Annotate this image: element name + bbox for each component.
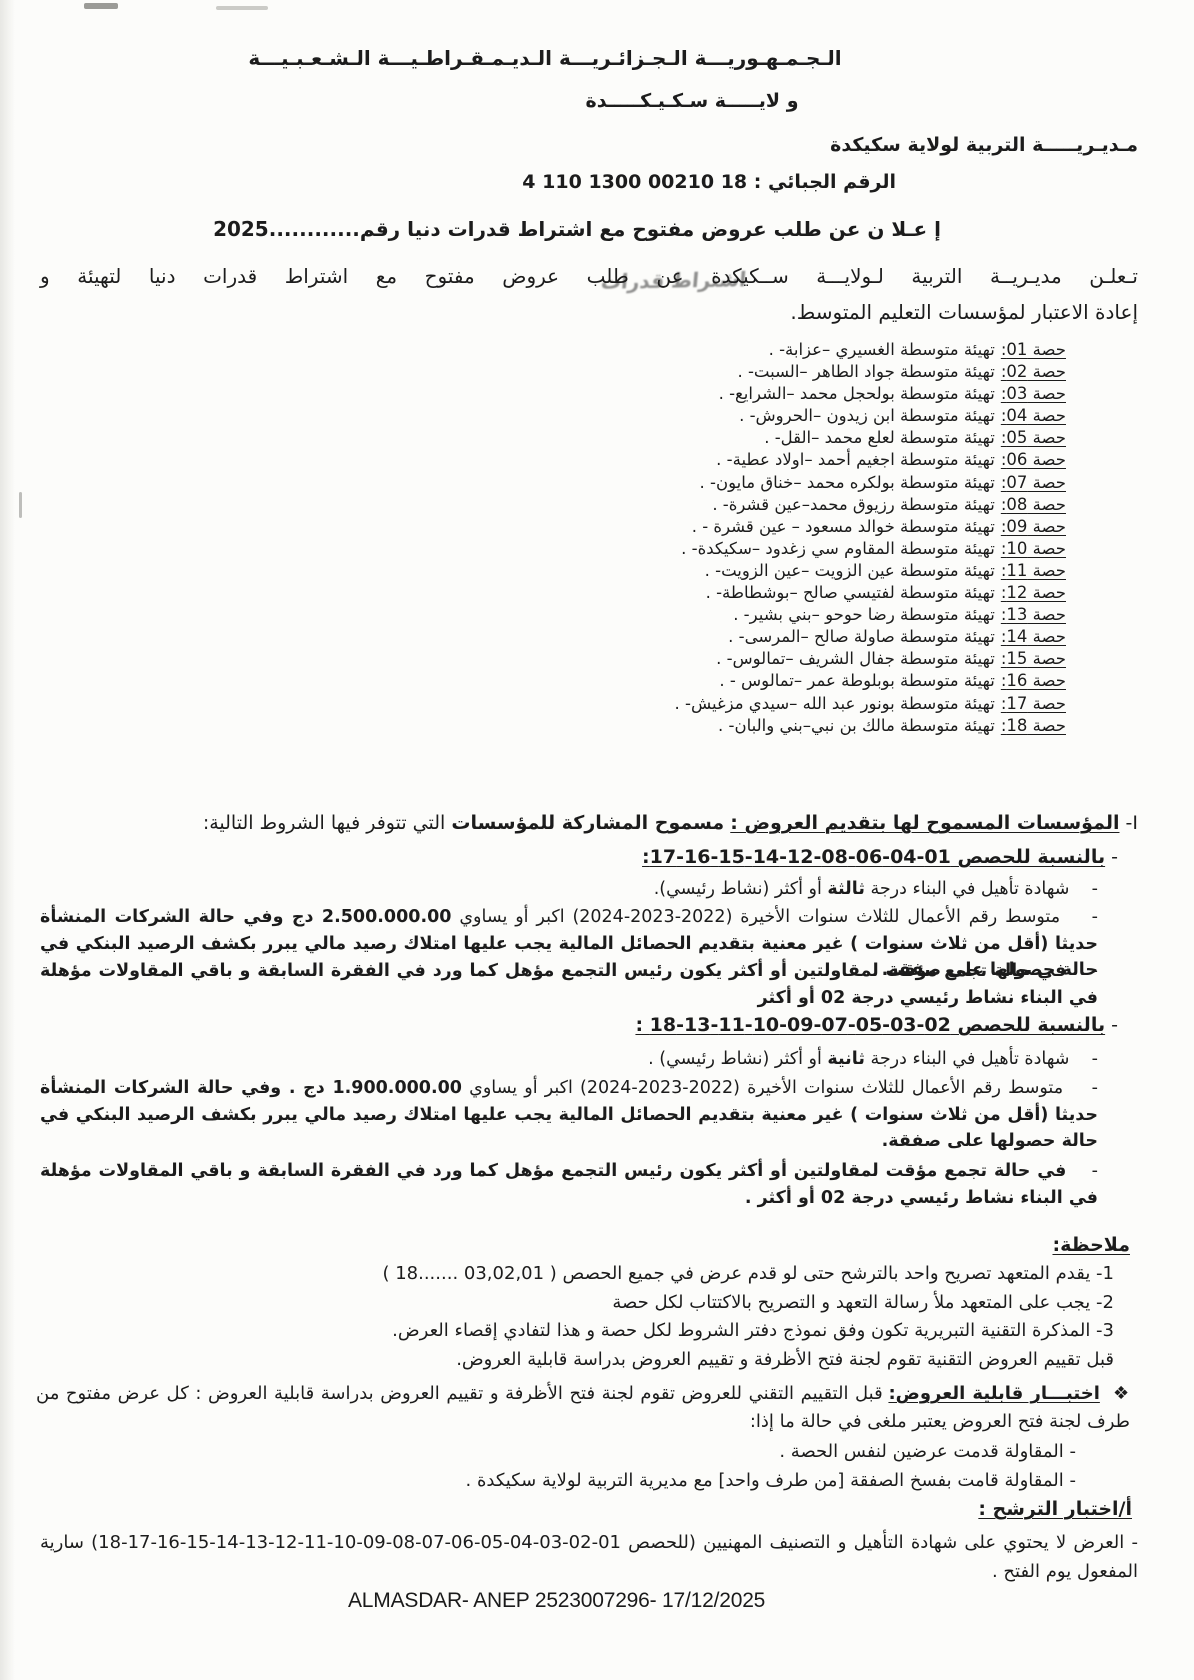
- scan-speck: [19, 492, 22, 518]
- viability-case-item: - المقاولة قامت بفسخ الصفقة [من طرف واحد…: [40, 1467, 1076, 1496]
- lot-description: تهيئة متوسطة رزيوق محمد–عين قشرة- .: [712, 495, 995, 514]
- group-a-qualification-requirement: - شهادة تأهيل في البناء درجة ثالثة أو أك…: [40, 876, 1098, 903]
- text-segment: دج: [283, 907, 321, 927]
- wilaya-header-line: و لايـــــة سـكـيـكـــــدة: [0, 90, 1194, 112]
- text-segment: 2.500.000.00: [322, 907, 452, 927]
- lot-label: حصة 07:: [1001, 473, 1066, 492]
- lot-label: حصة 17:: [1001, 694, 1066, 713]
- lot-label: حصة 13:: [1001, 605, 1066, 624]
- text-segment: دج .: [289, 1078, 333, 1098]
- lot-description: تهيئة متوسطة جواد الطاهر –السبت- .: [737, 362, 994, 381]
- group-a-grouping-requirement: - في حالة تجمع مؤقت لمقاولتين أو أكثر يك…: [40, 958, 1098, 1011]
- lot-label: حصة 08:: [1001, 495, 1066, 514]
- text-segment: في حالة تجمع مؤقت لمقاولتين أو أكثر يكون…: [40, 961, 1098, 1008]
- note-item: 2- يجب على المتعهد ملأ رسالة التعهد و ال…: [40, 1289, 1114, 1318]
- lot-line: حصة 17:تهيئة متوسطة بونور عبد الله –سيدي…: [675, 694, 1066, 716]
- viability-case-item: - المقاولة قدمت عرضين لنفس الحصة .: [40, 1438, 1076, 1467]
- lot-description: تهيئة متوسطة لعلع محمد –القل- .: [764, 428, 995, 447]
- text-segment: -: [1105, 846, 1118, 868]
- text-segment: -: [1066, 1161, 1098, 1181]
- lot-line: حصة 10:تهيئة متوسطة المقاوم سي زغدود –سك…: [675, 539, 1066, 561]
- lot-label: حصة 10:: [1001, 539, 1066, 558]
- tax-number-value: 18 00210 1300 110 4: [522, 171, 747, 193]
- lot-label: حصة 03:: [1001, 384, 1066, 403]
- note-item-text: 2- يجب على المتعهد ملأ رسالة التعهد و ال…: [612, 1292, 1114, 1313]
- lot-label: حصة 18:: [1001, 716, 1066, 735]
- lot-label: حصة 06:: [1001, 450, 1066, 469]
- lot-line: حصة 08:تهيئة متوسطة رزيوق محمد–عين قشرة-…: [675, 495, 1066, 517]
- intro-paragraph-line-2: إعادة الاعتبار لمؤسسات التعليم المتوسط.: [790, 300, 1138, 324]
- offers-viability-paragraph: ❖ اختبـــار قابلية العروض: قبل التقييم ا…: [36, 1380, 1130, 1436]
- text-segment: متوسط رقم الأعمال للثلاث سنوات الأخيرة (…: [451, 907, 1060, 927]
- lot-line: حصة 04:تهيئة متوسطة ابن زيدون –الحروش- .: [675, 406, 1066, 428]
- text-segment: شهادة تأهيل في البناء درجة: [865, 1049, 1070, 1069]
- note-item: 1- يقدم المتعهد تصريح واحد بالترشح حتى ل…: [40, 1260, 1114, 1289]
- text-segment: - العرض لا يحتوي على شهادة التأهيل و الت…: [40, 1532, 1138, 1582]
- candidacy-test-heading: أ/اختبار الترشح :: [978, 1498, 1132, 1520]
- lot-label: حصة 15:: [1001, 649, 1066, 668]
- lot-label: حصة 11:: [1001, 561, 1066, 580]
- note-item: قبل تقييم العروض التقنية تقوم لجنة فتح ا…: [40, 1346, 1114, 1375]
- lot-label: حصة 01:: [1001, 340, 1066, 359]
- lot-line: حصة 07:تهيئة متوسطة بولكره محمد –خناق ما…: [675, 473, 1066, 495]
- text-segment: ثانية: [827, 1049, 864, 1069]
- lot-line: حصة 13:تهيئة متوسطة رضا حوحو –بني بشير- …: [675, 605, 1066, 627]
- candidacy-test-paragraph: - العرض لا يحتوي على شهادة التأهيل و الت…: [40, 1528, 1138, 1586]
- lot-line: حصة 03:تهيئة متوسطة بولحجل محمد –الشرايع…: [675, 384, 1066, 406]
- text-segment: أو أكثر (نشاط رئيسي) .: [648, 1049, 827, 1069]
- text-segment: ❖: [1100, 1383, 1130, 1404]
- lot-description: تهيئة متوسطة بوبلوطة عمر –تمالوس - .: [719, 671, 994, 690]
- lot-line: حصة 05:تهيئة متوسطة لعلع محمد –القل- .: [675, 428, 1066, 450]
- note-item-text: 3- المذكرة التقنية التبريرية تكون وفق نم…: [392, 1320, 1114, 1341]
- text-segment: في حالة تجمع مؤقت لمقاولتين أو أكثر يكون…: [40, 1161, 1098, 1208]
- note-item-text: 1- يقدم المتعهد تصريح واحد بالترشح حتى ل…: [382, 1263, 1114, 1284]
- text-segment: اختبـــار قابلية العروض:: [888, 1383, 1099, 1404]
- lot-line: حصة 02:تهيئة متوسطة جواد الطاهر –السبت- …: [675, 362, 1066, 384]
- scan-speck: [84, 3, 118, 9]
- text-segment: التي تتوفر فيها الشروط التالية:: [203, 812, 452, 834]
- group-b-turnover-requirement: - متوسط رقم الأعمال للثلاث سنوات الأخيرة…: [40, 1075, 1098, 1155]
- lot-line: حصة 11:تهيئة متوسطة عين الزويت –عين الزو…: [675, 561, 1066, 583]
- text-segment: -: [1105, 1014, 1118, 1036]
- group-b-lots-heading: - بالنسبة للحصص 02‏-03‏-05‏-07‏-09‏-10‏-…: [635, 1014, 1118, 1036]
- viability-case-text: - المقاولة قامت بفسخ الصفقة [من طرف واحد…: [466, 1470, 1076, 1491]
- text-segment: 1.900.000.00: [332, 1078, 462, 1098]
- note-heading: ملاحظة:: [1052, 1234, 1130, 1256]
- scanned-document-page: الـجـمـهـوريـــة الـجـزائـريـــة الـديـم…: [0, 0, 1194, 1680]
- text-segment: -: [1069, 879, 1098, 899]
- text-segment: -: [1066, 961, 1098, 981]
- tax-number-label: الرقم الجبائي :: [754, 171, 896, 193]
- lot-description: تهيئة متوسطة جفال الشريف –تمالوس- .: [716, 649, 995, 668]
- lot-description: تهيئة متوسطة رضا حوحو –بني بشير- .: [733, 605, 995, 624]
- viability-cases-list: - المقاولة قدمت عرضين لنفس الحصة . - الم…: [40, 1438, 1076, 1495]
- text-segment: متوسط رقم الأعمال للثلاث سنوات الأخيرة (…: [462, 1078, 1063, 1098]
- lot-label: حصة 16:: [1001, 671, 1066, 690]
- lot-label: حصة 12:: [1001, 583, 1066, 602]
- text-segment: أو أكثر (نشاط رئيسي).: [654, 879, 828, 899]
- lots-list: حصة 01:تهيئة متوسطة الغسيري –عزابة- . حص…: [675, 340, 1066, 738]
- lot-description: تهيئة متوسطة لفتيسي صالح –بوشطاطة- .: [706, 583, 995, 602]
- text-segment: -: [1069, 1049, 1098, 1069]
- note-item-text: قبل تقييم العروض التقنية تقوم لجنة فتح ا…: [456, 1349, 1114, 1370]
- lot-description: تهيئة متوسطة خوالد مسعود – عين قشرة - .: [692, 517, 995, 536]
- scan-speck: [216, 6, 268, 10]
- group-a-lots-heading: - بالنسبة للحصص 01‏-04‏-06‏-08‏-12‏-14‏-…: [642, 846, 1118, 868]
- text-segment: بالنسبة للحصص: [951, 846, 1105, 868]
- lot-description: تهيئة متوسطة بولكره محمد –خناق مايون- .: [700, 473, 995, 492]
- scan-edge-shadow: [0, 0, 15, 1680]
- lot-label: حصة 04:: [1001, 406, 1066, 425]
- group-b-grouping-requirement: - في حالة تجمع مؤقت لمقاولتين أو أكثر يك…: [40, 1158, 1098, 1211]
- section-allowed-bidders-heading: I- المؤسسات المسموح لها بتقديم العروض : …: [40, 812, 1138, 834]
- lot-line: حصة 14:تهيئة متوسطة صاولة صالح –المرسى- …: [675, 627, 1066, 649]
- lot-description: تهيئة متوسطة الغسيري –عزابة- .: [769, 340, 995, 359]
- viability-case-text: - المقاولة قدمت عرضين لنفس الحصة .: [779, 1441, 1076, 1462]
- lot-line: حصة 12:تهيئة متوسطة لفتيسي صالح –بوشطاطة…: [675, 583, 1066, 605]
- lot-line: حصة 16:تهيئة متوسطة بوبلوطة عمر –تمالوس …: [675, 671, 1066, 693]
- note-items-list: 1- يقدم المتعهد تصريح واحد بالترشح حتى ل…: [40, 1260, 1114, 1374]
- lot-label: حصة 14:: [1001, 627, 1066, 646]
- republic-header-line: الـجـمـهـوريـــة الـجـزائـريـــة الـديـم…: [0, 46, 1194, 70]
- text-segment: -: [1060, 907, 1098, 927]
- text-segment: شهادة تأهيل في البناء درجة: [865, 879, 1070, 899]
- lot-description: تهيئة متوسطة بونور عبد الله –سيدي مزغيش-…: [675, 694, 995, 713]
- directorate-header-line: مـديـريـــــة التربية لولاية سكيكدة: [830, 134, 1138, 156]
- text-segment: I-: [1119, 812, 1138, 834]
- text-segment: ثالثة: [827, 879, 864, 899]
- text-segment: بالنسبة للحصص: [951, 1014, 1105, 1036]
- announcement-title: إ عـلا ن عن طلب عروض مفتوح مع اشتراط قدر…: [0, 217, 1194, 241]
- lot-description: تهيئة متوسطة اجغيم أحمد –اولاد عطية- .: [716, 450, 995, 469]
- text-segment: -: [1063, 1078, 1098, 1098]
- text-segment: مسموح المشاركة للمؤسسات: [451, 812, 724, 834]
- lot-description: تهيئة متوسطة بولحجل محمد –الشرايع- .: [719, 384, 995, 403]
- lot-description: تهيئة متوسطة صاولة صالح –المرسى- .: [728, 627, 995, 646]
- lot-label: حصة 09:: [1001, 517, 1066, 536]
- lot-line: حصة 15:تهيئة متوسطة جفال الشريف –تمالوس-…: [675, 649, 1066, 671]
- lot-line: حصة 06:تهيئة متوسطة اجغيم أحمد –اولاد عط…: [675, 450, 1066, 472]
- anep-imprint-footer: ALMASDAR- ANEP 2523007296- 17/12/2025: [348, 1589, 765, 1613]
- lot-line: حصة 09:تهيئة متوسطة خوالد مسعود – عين قش…: [675, 517, 1066, 539]
- lot-line: حصة 18:تهيئة متوسطة مالك بن نبي–بني والب…: [675, 716, 1066, 738]
- lot-label: حصة 02:: [1001, 362, 1066, 381]
- note-item: 3- المذكرة التقنية التبريرية تكون وفق نم…: [40, 1317, 1114, 1346]
- lot-description: تهيئة متوسطة المقاوم سي زغدود –سكيكدة- .: [681, 539, 995, 558]
- intro-paragraph-line-1: تـعلـن مديـريــة التربية لـولايـــة ســك…: [40, 264, 1138, 288]
- text-segment: 02‏-03‏-05‏-07‏-09‏-10‏-11‏-13‏-18‏ :: [635, 1014, 950, 1036]
- lot-description: تهيئة متوسطة مالك بن نبي–بني والبان- .: [718, 716, 995, 735]
- text-segment: المؤسسات المسموح لها بتقديم العروض :: [730, 812, 1119, 834]
- lot-description: تهيئة متوسطة عين الزويت –عين الزويت- .: [705, 561, 995, 580]
- group-b-qualification-requirement: - شهادة تأهيل في البناء درجة ثانية أو أك…: [40, 1046, 1098, 1073]
- lot-label: حصة 05:: [1001, 428, 1066, 447]
- text-segment: 01‏-04‏-06‏-08‏-12‏-14‏-15‏-16‏-17‏:: [642, 846, 951, 868]
- tax-number-line: الرقم الجبائي : 18 00210 1300 110 4: [522, 171, 896, 193]
- lot-line: حصة 01:تهيئة متوسطة الغسيري –عزابة- .: [675, 340, 1066, 362]
- lot-description: تهيئة متوسطة ابن زيدون –الحروش- .: [739, 406, 995, 425]
